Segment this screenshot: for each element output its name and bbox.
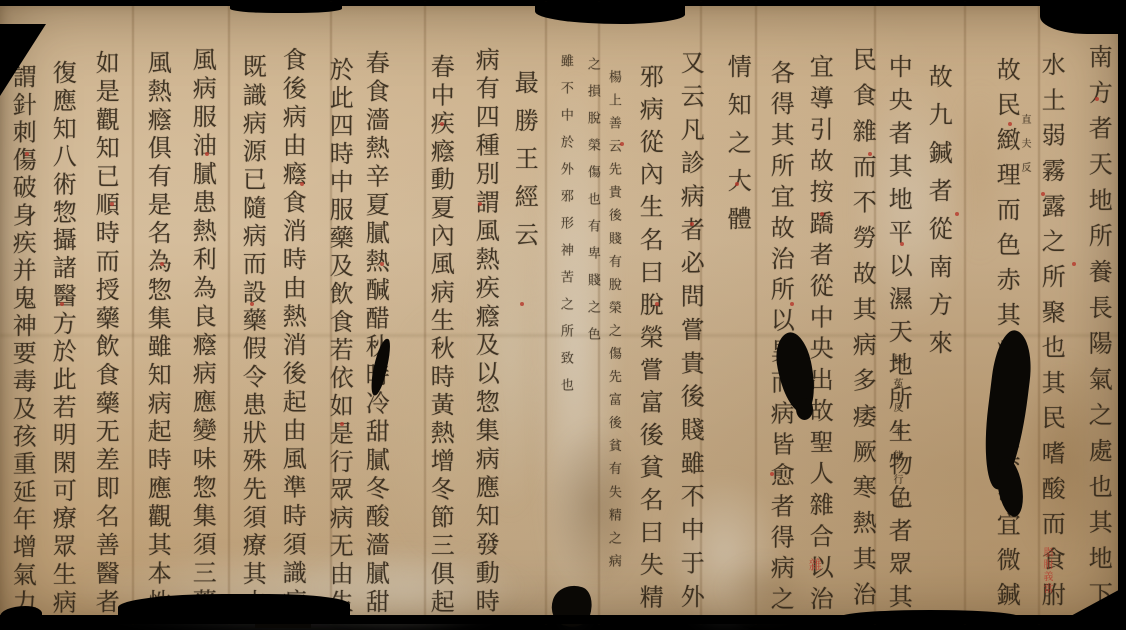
text-column: 復應知八術惣攝諸醫方於此若明閑可療眾生病 [46, 60, 77, 617]
reading-gloss: 枝菟反不能行也 [890, 354, 903, 522]
text-column: 楊上善云先貴後賤有脫榮之傷先富後貧有失精之病 [604, 70, 621, 577]
text-column: 水土弱霧露之所聚也其民嗜酸而食胕 [1035, 52, 1066, 617]
text-column: 病有四種別謂風熱疾癊及以惣集病應知發動時 [469, 47, 500, 617]
photo-edge [840, 610, 1020, 624]
text-column: 情知之大體 [721, 54, 752, 244]
text-column: 春中疾癊動夏內風病生秋時黃熱增冬節三俱起 [424, 54, 455, 617]
photo-edge [0, 606, 42, 624]
text-column: 謂針刺傷破身疾并鬼神要毒及孩重延年增氣力 [6, 64, 37, 617]
photo-edge [1118, 2, 1123, 624]
red-gloss: 脂胕義當 [1040, 547, 1053, 595]
text-column: 之損脫榮傷也有卑賤之色 [583, 57, 600, 354]
scroll-paper: 南方者天地所養長陽氣之處也其地下水土弱霧露之所聚也其民嗜酸而食胕故民緻理而色赤其… [0, 2, 1123, 624]
text-column: 雖不中於外邪形神苦之所致也 [556, 54, 573, 405]
ink-blot [796, 398, 813, 420]
text-column: 風病服油膩患熱利為良癊病應變味惣集須三藥 [186, 47, 217, 617]
text-column: 食後病由癊食消時由熱消後起由風準時須識病 [276, 47, 307, 617]
text-column: 中央者其地平以濕天地所生物色者眾其 [882, 54, 913, 617]
text-column: 於此四時中服藥及飲食若依如是行眾病无由生 [323, 57, 354, 617]
text-column: 既識病源已隨病而設藥假令患狀殊先須療其本 [236, 54, 267, 617]
red-gloss: 雜 [804, 558, 821, 577]
reading-gloss: 直夫反 [1018, 114, 1031, 186]
photo-edge [230, 2, 342, 13]
text-column: 民食雜而不勞故其病多痿厥寒熱其治 [846, 47, 877, 617]
text-column: 宜導引故按蹻者從中央出故聖人雜合以治 [803, 54, 834, 617]
text-column: 故九鍼者從南方來 [922, 64, 953, 368]
text-column: 春食濇熱辛夏膩熱醎醋秋時冷甜膩冬酸濇膩甜 [359, 50, 390, 617]
columns-layer: 南方者天地所養長陽氣之處也其地下水土弱霧露之所聚也其民嗜酸而食胕故民緻理而色赤其… [0, 2, 1123, 624]
text-column: 南方者天地所養長陽氣之處也其地下 [1082, 44, 1113, 617]
photo-edge [118, 594, 350, 624]
text-column: 風熱癊俱有是名為惣集雖知病起時應觀其本性 [141, 50, 172, 617]
text-column: 邪病從內生名曰脫榮嘗富後貧名曰失精 [633, 64, 664, 617]
manuscript-photo: 南方者天地所養長陽氣之處也其地下水土弱霧露之所聚也其民嗜酸而食胕故民緻理而色赤其… [0, 0, 1126, 630]
text-column: 最勝王經云 [508, 70, 539, 260]
text-column: 又云凡診病者必問嘗貴後賤雖不中于外 [674, 50, 705, 617]
text-column: 如是觀知已順時而授藥飲食藥无差即名善醫者 [89, 50, 120, 617]
